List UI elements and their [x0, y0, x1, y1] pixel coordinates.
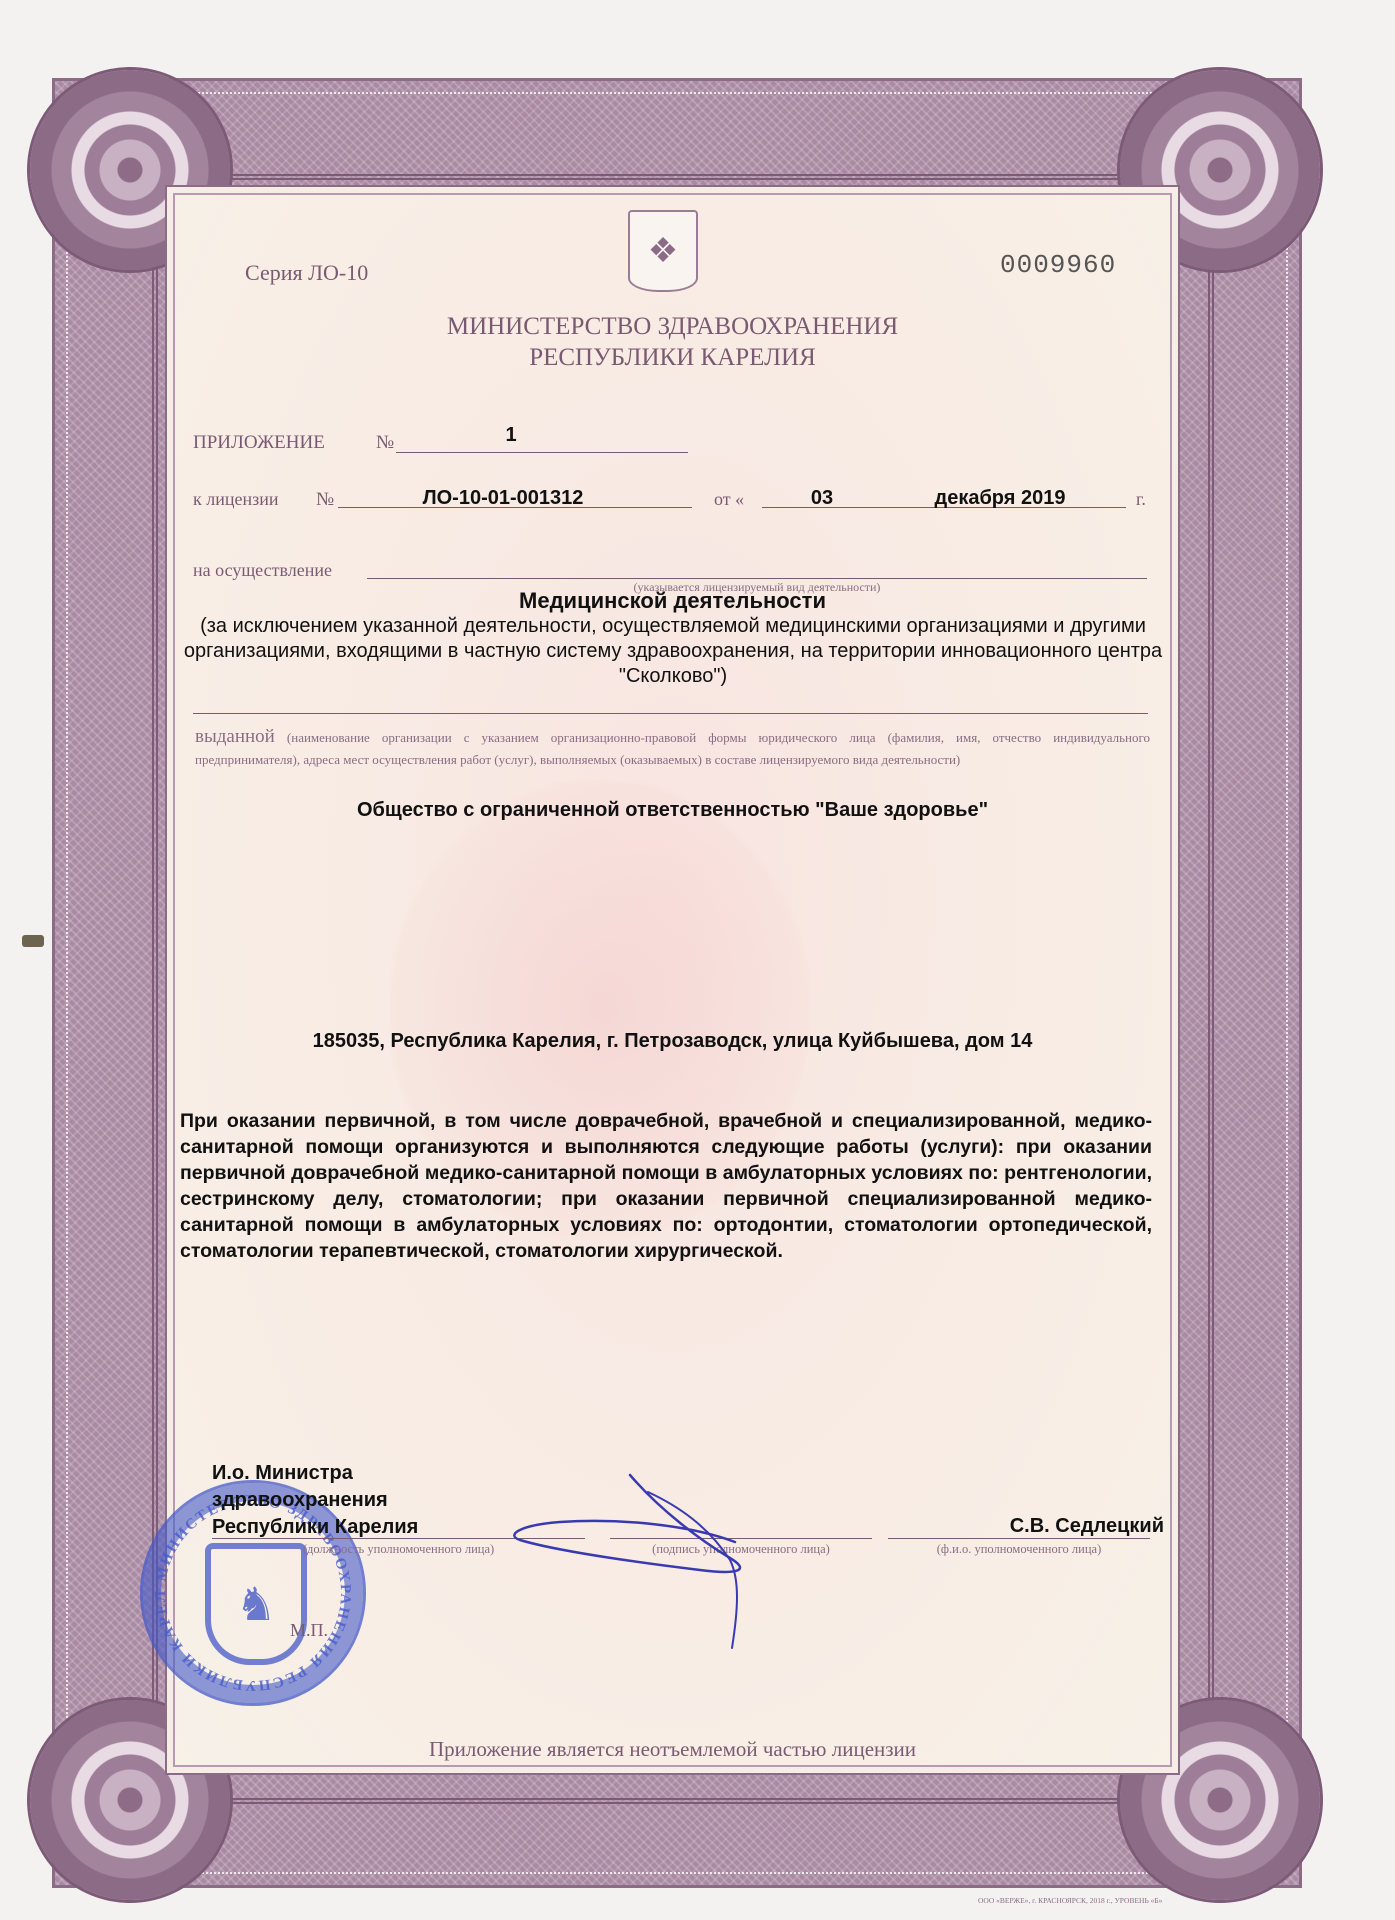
signatory-name: С.В. Седлецкий: [940, 1515, 1164, 1538]
license-number-sign: №: [316, 489, 334, 511]
license-number: ЛО-10-01-001312: [338, 487, 668, 510]
appendix-label: ПРИЛОЖЕНИЕ: [193, 432, 325, 454]
printer-imprint: ООО «ВЕРЖЕ», г. КРАСНОЯРСК, 2018 г., УРО…: [978, 1896, 1162, 1905]
signatory-position-line2: здравоохранения: [212, 1487, 418, 1514]
activity-label: на осуществление: [193, 560, 332, 581]
issued-hint-block: выданной (наименование организации с ука…: [195, 726, 1150, 771]
license-label: к лицензии: [193, 489, 279, 510]
license-from-label: от «: [714, 489, 744, 510]
coat-of-arms-icon: ❖: [628, 210, 698, 292]
name-line: [888, 1538, 1150, 1539]
seal-place-label: М.П.: [290, 1620, 328, 1641]
issued-hint: (наименование организации с указанием ор…: [195, 730, 1150, 767]
issued-label: выданной: [195, 726, 275, 747]
handwritten-signature-icon: [500, 1470, 860, 1650]
license-year-suffix: г.: [1136, 489, 1146, 510]
services-list: При оказании первичной, в том числе довр…: [180, 1108, 1152, 1264]
organization-address: 185035, Республика Карелия, г. Петрозаво…: [165, 1030, 1180, 1053]
karelia-coat-of-arms-icon: ♞: [205, 1543, 307, 1665]
series-label: Серия ЛО-10: [245, 260, 368, 286]
license-day: 03: [782, 487, 862, 510]
appendix-number: 1: [396, 424, 626, 447]
license-month-year: декабря 2019: [905, 487, 1095, 510]
signatory-position-line1: И.о. Министра: [212, 1460, 418, 1487]
activity-bottom-line: [193, 713, 1148, 714]
footer-note: Приложение является неотъемлемой частью …: [165, 1737, 1180, 1762]
ministry-title-line1: МИНИСТЕРСТВО ЗДРАВООХРАНЕНИЯ: [165, 313, 1180, 341]
organization-name: Общество с ограниченной ответственностью…: [165, 799, 1180, 822]
activity-description: (за исключением указанной деятельности, …: [178, 614, 1168, 689]
activity-title: Медицинской деятельности: [165, 588, 1180, 614]
paper-clip-remnant: [22, 935, 44, 947]
signatory-position: И.о. Министра здравоохранения Республики…: [212, 1460, 418, 1541]
form-number: 0009960: [1000, 250, 1116, 280]
signatory-position-line3: Республики Карелия: [212, 1514, 418, 1541]
ministry-title-line2: РЕСПУБЛИКИ КАРЕЛИЯ: [165, 344, 1180, 372]
appendix-number-line: [396, 452, 688, 453]
name-hint: (ф.и.о. уполномоченного лица): [888, 1542, 1150, 1557]
appendix-number-sign: №: [376, 432, 394, 454]
activity-line: [367, 578, 1147, 579]
